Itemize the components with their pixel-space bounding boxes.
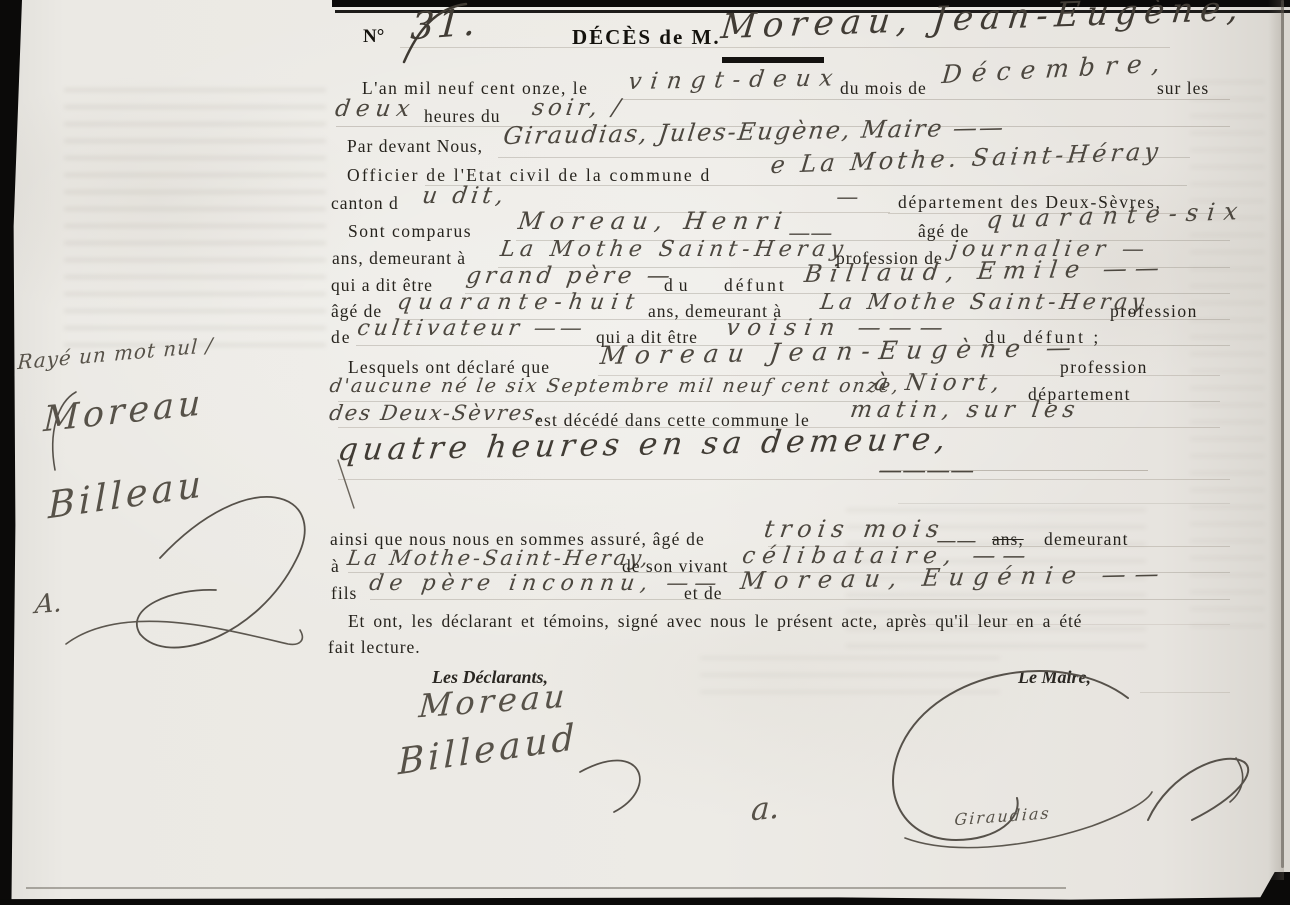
mayor-label: Le Maire, [1018,668,1091,687]
scanned-death-record-page: N°31.DÉCÈS de M.Moreau, Jean-Eugène, L'a… [0,0,1290,905]
signature-mayor-name: Giraudias [954,805,1051,829]
signature-block: Les Déclarants,Le Maire,MoreauBilleauda.… [0,0,1290,905]
signature-billeaud: Billeaud [398,719,578,782]
signature-moreau: Moreau [418,680,570,724]
signature-mayor-initial: a. [750,792,780,827]
